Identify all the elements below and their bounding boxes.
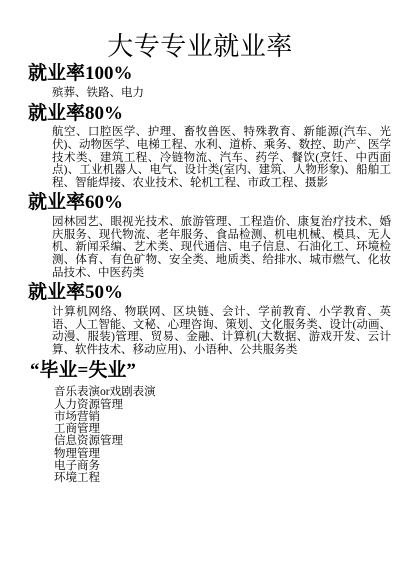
section-majors-rate-50: 计算机网络、物联网、区块链、会计、学前教育、小学教育、英语、人工智能、文秘、心理… (52, 306, 391, 356)
page-title: 大专专业就业率 (0, 32, 400, 61)
list-item: 音乐表演or戏剧表演 (54, 386, 400, 398)
document-page: 大专专业就业率 就业率100% 殡葬、铁路、电力 就业率80% 航空、口腔医学、… (0, 0, 400, 565)
list-item: 物理管理 (54, 448, 400, 460)
list-item: 市场营销 (54, 411, 400, 423)
list-item: 电子商务 (54, 460, 400, 472)
section-majors-rate-60: 园林园艺、眼视光技术、旅游管理、工程造价、康复治疗技术、婚庆服务、现代物流、老年… (52, 216, 391, 279)
list-item: 环境工程 (54, 472, 400, 484)
section-majors-rate-100: 殡葬、铁路、电力 (52, 87, 391, 100)
section-heading-rate-100: 就业率100% (28, 63, 400, 85)
list-item: 信息资源管理 (54, 435, 400, 447)
unemployment-heading: “毕业=失业” (30, 361, 400, 382)
section-heading-rate-80: 就业率80% (28, 103, 400, 125)
section-majors-rate-80: 航空、口腔医学、护理、畜牧兽医、特殊教育、新能源(汽车、光伏)、动物医学、电梯工… (52, 126, 391, 189)
section-heading-rate-50: 就业率50% (28, 282, 400, 304)
section-heading-rate-60: 就业率60% (28, 192, 400, 214)
list-item: 人力资源管理 (54, 399, 400, 411)
unemployment-list: 音乐表演or戏剧表演 人力资源管理 市场营销 工商管理 信息资源管理 物理管理 … (54, 386, 400, 484)
list-item: 工商管理 (54, 423, 400, 435)
